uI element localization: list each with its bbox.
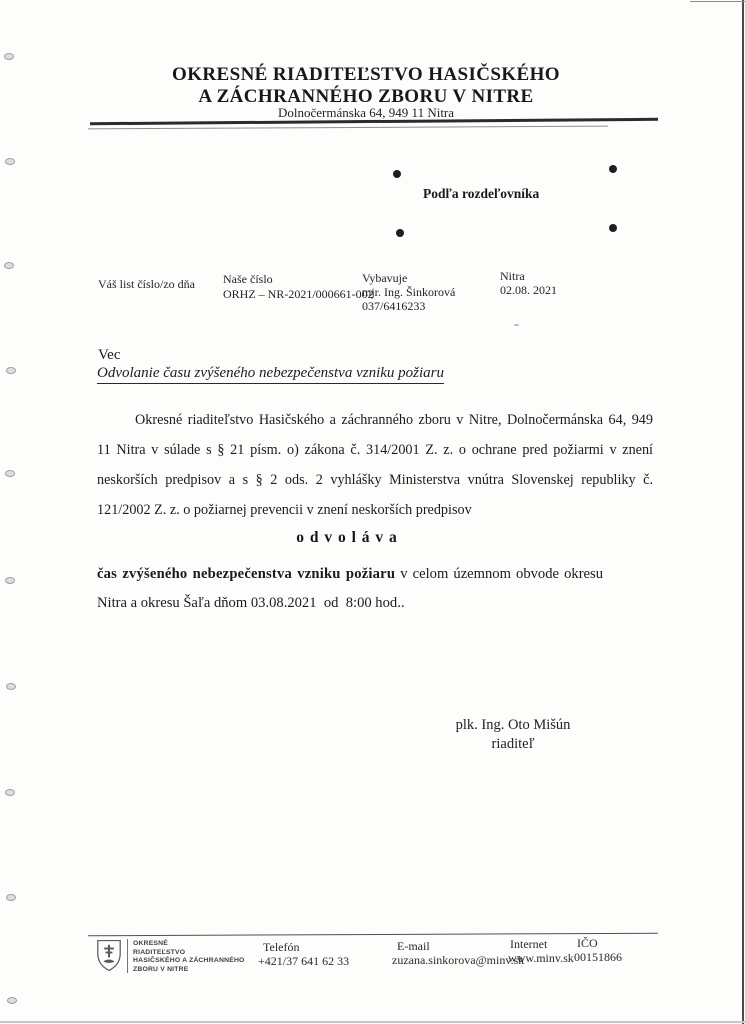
scan-speck bbox=[514, 324, 519, 326]
scan-binding-mark bbox=[6, 367, 16, 374]
handler-label: Vybavuje bbox=[362, 271, 407, 285]
footer-org-name: OKRESNÉ RIADITEĽSTVO HASIČSKÉHO A ZÁCHRA… bbox=[133, 940, 245, 974]
scan-edge-top bbox=[690, 1, 745, 2]
body-paragraph: Okresné riaditeľstvo Hasičského a záchra… bbox=[97, 405, 653, 525]
recipient-mark-dot bbox=[393, 170, 401, 178]
scan-binding-mark bbox=[5, 789, 15, 796]
body-line: 121/2002 Z. z. o požiarnej prevencii v z… bbox=[97, 495, 653, 525]
scan-binding-mark bbox=[5, 158, 15, 165]
our-ref-label: Naše číslo bbox=[223, 272, 273, 286]
signature-block: plk. Ing. Oto Mišún riaditeľ bbox=[448, 716, 578, 754]
scanned-letter-page: OKRESNÉ RIADITEĽSTVO HASIČSKÉHO A ZÁCHRA… bbox=[0, 0, 745, 1024]
place-label: Nitra bbox=[500, 269, 525, 283]
footer-phone-value: +421/37 641 62 33 bbox=[258, 954, 349, 968]
scan-binding-mark bbox=[5, 470, 15, 477]
fire-rescue-logo-shield-icon bbox=[95, 938, 123, 978]
footer-rule bbox=[88, 933, 658, 937]
letter-date: 02.08. 2021 bbox=[500, 283, 557, 297]
handler-name: mjr. Ing. Šinkorová bbox=[362, 285, 455, 299]
letterhead-rule-thin bbox=[88, 126, 608, 130]
our-ref-value: ORHZ – NR-2021/000661-002 bbox=[223, 287, 374, 301]
subject-label: Vec bbox=[98, 347, 121, 364]
footer-ico-label: IČO bbox=[577, 936, 598, 950]
footer-phone-label: Telefón bbox=[263, 940, 299, 954]
decision-paragraph: čas zvýšeného nebezpečenstva vzniku poži… bbox=[97, 560, 603, 618]
decision-line2: Nitra a okresu Šaľa dňom 03.08.2021 od 8… bbox=[97, 589, 603, 618]
footer-internet-label: Internet bbox=[510, 937, 547, 951]
signatory-name: plk. Ing. Oto Mišún bbox=[448, 716, 578, 735]
recipient-mark-dot bbox=[609, 224, 617, 232]
footer-org-line: RIADITEĽSTVO bbox=[133, 949, 245, 958]
decision-rest-text: v celom územnom obvode okresu bbox=[395, 566, 603, 582]
scan-binding-mark bbox=[6, 683, 16, 690]
scan-binding-mark bbox=[4, 53, 14, 60]
decision-bold-text: čas zvýšeného nebezpečenstva vzniku poži… bbox=[97, 566, 395, 582]
decision-line1: čas zvýšeného nebezpečenstva vzniku poži… bbox=[97, 560, 603, 589]
your-ref-label: Váš list číslo/zo dňa bbox=[98, 277, 195, 291]
letterhead-title-line1: OKRESNÉ RIADITEĽSTVO HASIČSKÉHO bbox=[0, 64, 732, 86]
footer-ico-value: 00151866 bbox=[574, 950, 622, 964]
scan-binding-mark bbox=[5, 577, 15, 584]
footer-org-line: ZBORU V NITRE bbox=[133, 966, 245, 975]
body-line: 11 Nitra v súlade s § 21 písm. o) zákona… bbox=[97, 435, 653, 465]
footer-org-line: OKRESNÉ bbox=[133, 940, 245, 949]
recipient-mark-dot bbox=[396, 229, 404, 237]
body-line: Okresné riaditeľstvo Hasičského a záchra… bbox=[97, 405, 653, 435]
scan-edge-bottom bbox=[0, 1021, 745, 1023]
footer-email-value: zuzana.sinkorova@minv.sk bbox=[392, 953, 524, 967]
body-line: neskorších predpisov a s § 2 ods. 2 vyhl… bbox=[97, 465, 653, 495]
subject-text: Odvolanie času zvýšeného nebezpečenstva … bbox=[97, 365, 444, 384]
scan-binding-mark bbox=[7, 997, 17, 1004]
signatory-role: riaditeľ bbox=[448, 735, 578, 754]
footer-org-line: HASIČSKÉHO A ZÁCHRANNÉHO bbox=[133, 957, 245, 966]
scan-binding-mark bbox=[4, 262, 14, 269]
verdict-heading: o d v o l á v a bbox=[97, 529, 597, 547]
distribution-note: Podľa rozdeľovníka bbox=[423, 186, 539, 202]
scan-edge-right bbox=[742, 0, 744, 1024]
footer-email-label: E-mail bbox=[397, 939, 430, 953]
footer-logo-separator bbox=[127, 939, 128, 973]
handler-phone: 037/6416233 bbox=[362, 299, 425, 313]
scan-binding-mark bbox=[6, 894, 16, 901]
footer-internet-value: www.minv.sk bbox=[508, 951, 574, 965]
recipient-mark-dot bbox=[609, 165, 617, 173]
